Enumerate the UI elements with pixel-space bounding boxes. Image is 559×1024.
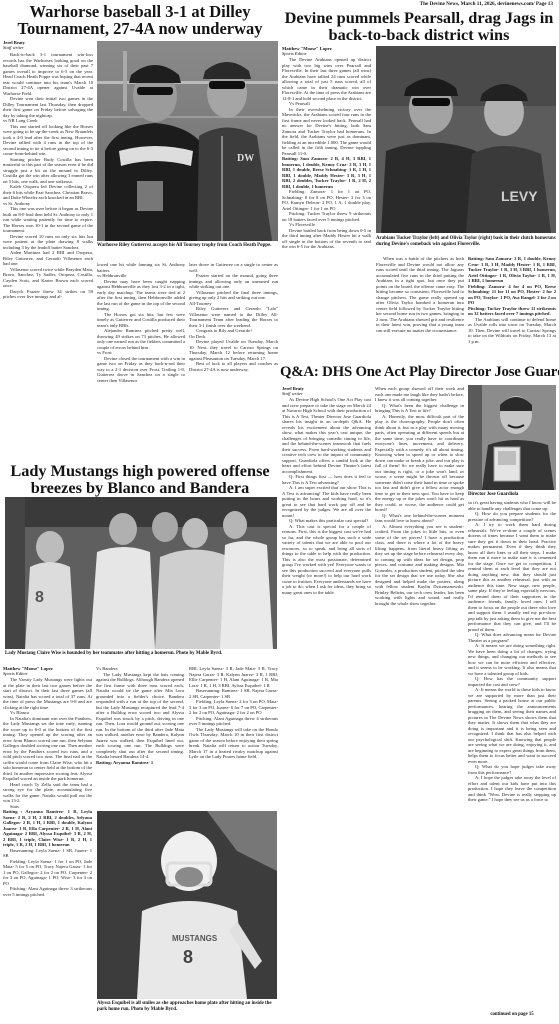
baseball-byline: Jerel Beaty Staff writer (3, 40, 93, 51)
qa-byline: Jerel Beaty Staff writer (282, 386, 372, 397)
continued-jump-line: continued on page 15 (468, 1012, 556, 1017)
mustangs-column-2: Vs Bandera The Lady Mustangs kept the ba… (96, 666, 184, 803)
mustangs-column-1: The Varsity Lady Mustangs were lights ou… (3, 677, 92, 1024)
qa-headline: Q&A: DHS One Act Play Director Jose Guar… (280, 365, 558, 380)
baseball-headline: Warhorse baseball 3-1 at Dilley Tourname… (2, 4, 278, 38)
mustangs-column-3: RBI, Leyla Saenz- 3 R, Jade Mata- 3 R, T… (189, 666, 278, 806)
photo-team-illustration: 8 (5, 497, 277, 649)
byline-role: Staff writer (3, 45, 93, 50)
mustangs-celebration-photo: 8 (5, 497, 277, 649)
director-photo-caption: Director Jose Guardiola (468, 492, 556, 498)
mustangs-byline: Matthew "Moose" Lopez Sports Editor (3, 666, 92, 677)
baseball-trophy-photo: DW (97, 41, 278, 241)
byline-role: Staff writer (282, 391, 372, 396)
svg-text:DW: DW (237, 153, 254, 164)
svg-text:MUSTANGS: MUSTANGS (172, 934, 218, 943)
baseball-photo-caption: Warhorse Riley Gutierrez accepts his All… (97, 243, 278, 249)
svg-text:LEVY: LEVY (501, 188, 538, 204)
arabians-column-2: When was a battle of the pitchers as bot… (376, 256, 464, 363)
baseball-column-2: lowed one hit while fanning six St. Anth… (97, 262, 185, 464)
qa-column-1: As Devine High School's One Act Play cas… (282, 397, 371, 1024)
arabians-headline-line2: back-to-back district wins (281, 27, 557, 44)
mustangs-headline-line2: breezes by Blanco and Bandera (2, 480, 278, 497)
qa-column-3: so it's great having students who I know… (468, 500, 556, 1012)
arabians-column-1: The Devine Arabians opened up district p… (282, 57, 371, 363)
baseball-column-1: Back-to-back 3-1 tournament win-loss rec… (3, 52, 93, 464)
photo-players-illustration: LEVY (376, 46, 556, 233)
photo-players-illustration: DW (97, 41, 278, 241)
qa-column-2: When each group showed off their work an… (375, 386, 464, 1024)
arabians-byline: Matthew "Moose" Lopez Sports Editor (282, 46, 372, 57)
byline-role: Sports Editor (3, 671, 92, 676)
baseball-headline-line2: Tournament, 27-4A now underway (2, 21, 278, 38)
arabians-players-photo: LEVY (376, 46, 556, 233)
director-photo (468, 385, 556, 490)
arabians-headline: Devine pummels Pearsall, drag Jags in ba… (281, 10, 557, 43)
mustangs-headline: Lady Mustangs high powered offense breez… (2, 463, 278, 496)
svg-text:8: 8 (183, 947, 193, 967)
esquibel-homerun-photo: MUSTANGS 8 (97, 811, 277, 999)
svg-text:8: 8 (35, 589, 44, 606)
arabians-photo-caption: Arabians Tucker Traylor (left) and Olivi… (376, 236, 556, 248)
page-folio: The Devine News, March 11, 2026, devinen… (420, 1, 553, 7)
baseball-column-3: later drove in Gutierrez on a single to … (189, 262, 278, 464)
photo-player-illustration: MUSTANGS 8 (97, 811, 277, 999)
mustangs-photo2-caption: Alyssa Esquibel is all smiles as she app… (97, 1001, 277, 1013)
photo-director-illustration (468, 385, 556, 490)
mustangs-photo1-caption: Lady Mustang Claire Wise is hounded by h… (5, 651, 277, 657)
byline-role: Sports Editor (282, 51, 372, 56)
arabians-column-3: Batting: Sam Zamora- 2 R, 1 double, Kenn… (468, 256, 556, 363)
